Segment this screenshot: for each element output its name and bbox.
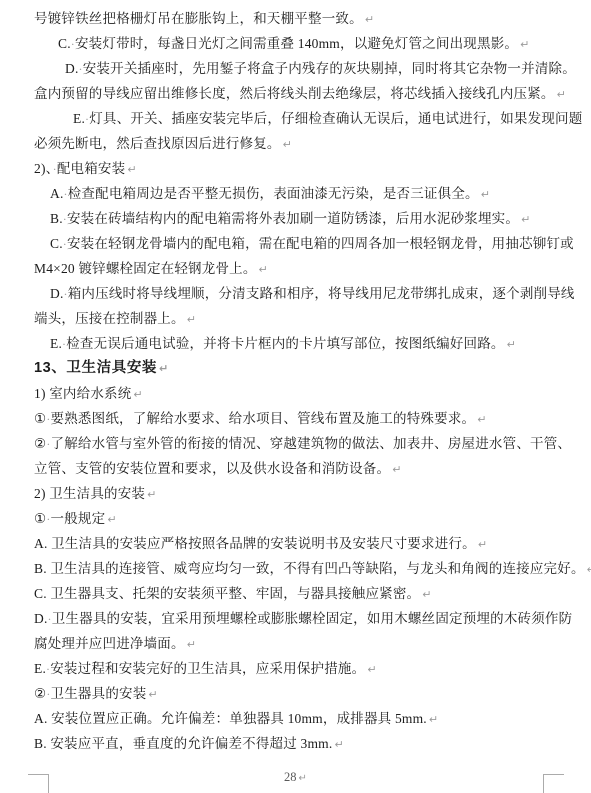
text-line: ②·了解给水管与室外管的衔接的情况、穿越建筑物的做法、加表井、房屋进水管、干管、 [34,431,560,456]
space-dot-mark: · [46,512,50,526]
space-dot-mark: · [79,62,83,76]
paragraph-return-mark: ↵ [127,163,136,176]
text-line: E.·安装过程和安装完好的卫生洁具，应采用保护措施。↵ [34,656,560,681]
text-line: 立管、支管的安装位置和要求，以及供水设备和消防设备。↵ [34,456,560,481]
space-dot-mark: · [85,112,89,126]
paragraph-return-mark: ↵ [187,638,196,651]
text-line: D.·箱内压线时将导线埋顺，分清支路和相序，将导线用尼龙带绑扎成束，逐个剥削导线 [34,281,560,306]
footer-paragraph-mark: ↵ [299,773,307,784]
paragraph-return-mark: ↵ [478,538,487,551]
paragraph-return-mark: ↵ [147,488,156,501]
paragraph-return-mark: ↵ [334,738,343,751]
paragraph-return-mark: ↵ [187,313,196,326]
paragraph-return-mark: ↵ [507,338,516,351]
page-footer: 28↵ [0,770,591,785]
text-line: D.·卫生器具的安装，宜采用预埋螺栓或膨胀螺栓固定，如用木螺丝固定预埋的木砖须作… [34,606,560,631]
document-page: 号镀锌铁丝把格栅灯吊在膨胀钩上，和天棚平整一致。↵C.·安装灯带时，每盏日光灯之… [0,0,591,793]
text-line: ②·卫生器具的安装↵ [34,681,560,706]
paragraph-return-mark: ↵ [159,362,169,375]
text-line: 2)、·配电箱安装↵ [34,156,560,181]
text-line: A. 安装位置应正确。允许偏差：单独器具 10mm，成排器具 5mm.↵ [34,706,560,731]
text-line: D.·安装开关插座时，先用錾子将盒子内残存的灰块剔掉，同时将其它杂物一并清除。 [34,56,560,81]
text-line: B.·安装在砖墙结构内的配电箱需将外表加刷一道防锈漆，后用水泥砂浆埋实。↵ [34,206,560,231]
space-dot-mark: · [48,612,52,626]
space-dot-mark: · [62,337,66,351]
paragraph-return-mark: ↵ [429,713,438,726]
paragraph-return-mark: ↵ [587,563,591,576]
text-line: 端头，压接在控制器上。↵ [34,306,560,331]
paragraph-return-mark: ↵ [148,688,157,701]
text-line: 号镀锌铁丝把格栅灯吊在膨胀钩上，和天棚平整一致。↵ [34,6,560,31]
space-dot-mark: · [53,162,57,176]
paragraph-return-mark: ↵ [365,13,374,26]
paragraph-return-mark: ↵ [367,663,376,676]
text-line: 腐处理并应凹进净墙面。↵ [34,631,560,656]
text-line: A.·检查配电箱周边是否平整无损伤，表面油漆无污染，是否三证俱全。↵ [34,181,560,206]
paragraph-return-mark: ↵ [107,513,116,526]
text-line: C.·安装灯带时，每盏日光灯之间需重叠 140mm，以避免灯管之间出现黑影。↵ [34,31,560,56]
document-body: 号镀锌铁丝把格栅灯吊在膨胀钩上，和天棚平整一致。↵C.·安装灯带时，每盏日光灯之… [34,6,560,756]
paragraph-return-mark: ↵ [392,463,401,476]
text-line: E.·检查无误后通电试验，并将卡片框内的卡片填写部位，按图纸编好回路。↵ [34,331,560,356]
text-line: 2) 卫生洁具的安装↵ [34,481,560,506]
space-dot-mark: · [64,287,68,301]
text-line: B. 安装应平直，垂直度的允许偏差不得超过 3mm.↵ [34,731,560,756]
text-line: C.·安装在轻钢龙骨墙内的配电箱，需在配电箱的四周各加一根轻钢龙骨，用抽芯铆钉或 [34,231,560,256]
space-dot-mark: · [46,662,50,676]
page-number: 28 [284,770,297,784]
space-dot-mark: · [64,187,68,201]
paragraph-return-mark: ↵ [283,138,292,151]
text-line: 1) 室内给水系统↵ [34,381,560,406]
space-dot-mark: · [63,212,67,226]
paragraph-return-mark: ↵ [520,38,529,51]
space-dot-mark: · [71,37,75,51]
space-dot-mark: · [46,437,50,451]
text-line: A. 卫生洁具的安装应严格按照各品牌的安装说明书及安装尺寸要求进行。↵ [34,531,560,556]
text-line: M4×20 镀锌螺栓固定在轻钢龙骨上。↵ [34,256,560,281]
text-line: 盒内预留的导线应留出维修长度，然后将线头削去绝缘层，将芯线插入接线孔内压紧。↵ [34,81,560,106]
section-heading: 13、卫生洁具安装↵ [34,356,560,381]
text-line: ①·要熟悉图纸，了解给水要求、给水项目、管线布置及施工的特殊要求。↵ [34,406,560,431]
paragraph-return-mark: ↵ [557,88,566,101]
text-line: 必须先断电，然后查找原因后进行修复。↵ [34,131,560,156]
paragraph-return-mark: ↵ [481,188,490,201]
text-line: E.·灯具、开关、插座安装完毕后，仔细检查确认无误后，通电试进行，如果发现问题 [34,106,560,131]
paragraph-return-mark: ↵ [477,413,486,426]
space-dot-mark: · [63,237,67,251]
paragraph-return-mark: ↵ [133,388,142,401]
paragraph-return-mark: ↵ [422,588,431,601]
paragraph-return-mark: ↵ [259,263,268,276]
text-line: B. 卫生洁具的连接管、威弯应均匀一致，不得有凹凸等缺陷，与龙头和角阀的连接应完… [34,556,560,581]
text-line: C. 卫生器具支、托架的安装须平整、牢固，与器具接触应紧密。↵ [34,581,560,606]
text-line: ①·一般规定↵ [34,506,560,531]
space-dot-mark: · [46,687,50,701]
space-dot-mark: · [46,412,50,426]
paragraph-return-mark: ↵ [521,213,530,226]
